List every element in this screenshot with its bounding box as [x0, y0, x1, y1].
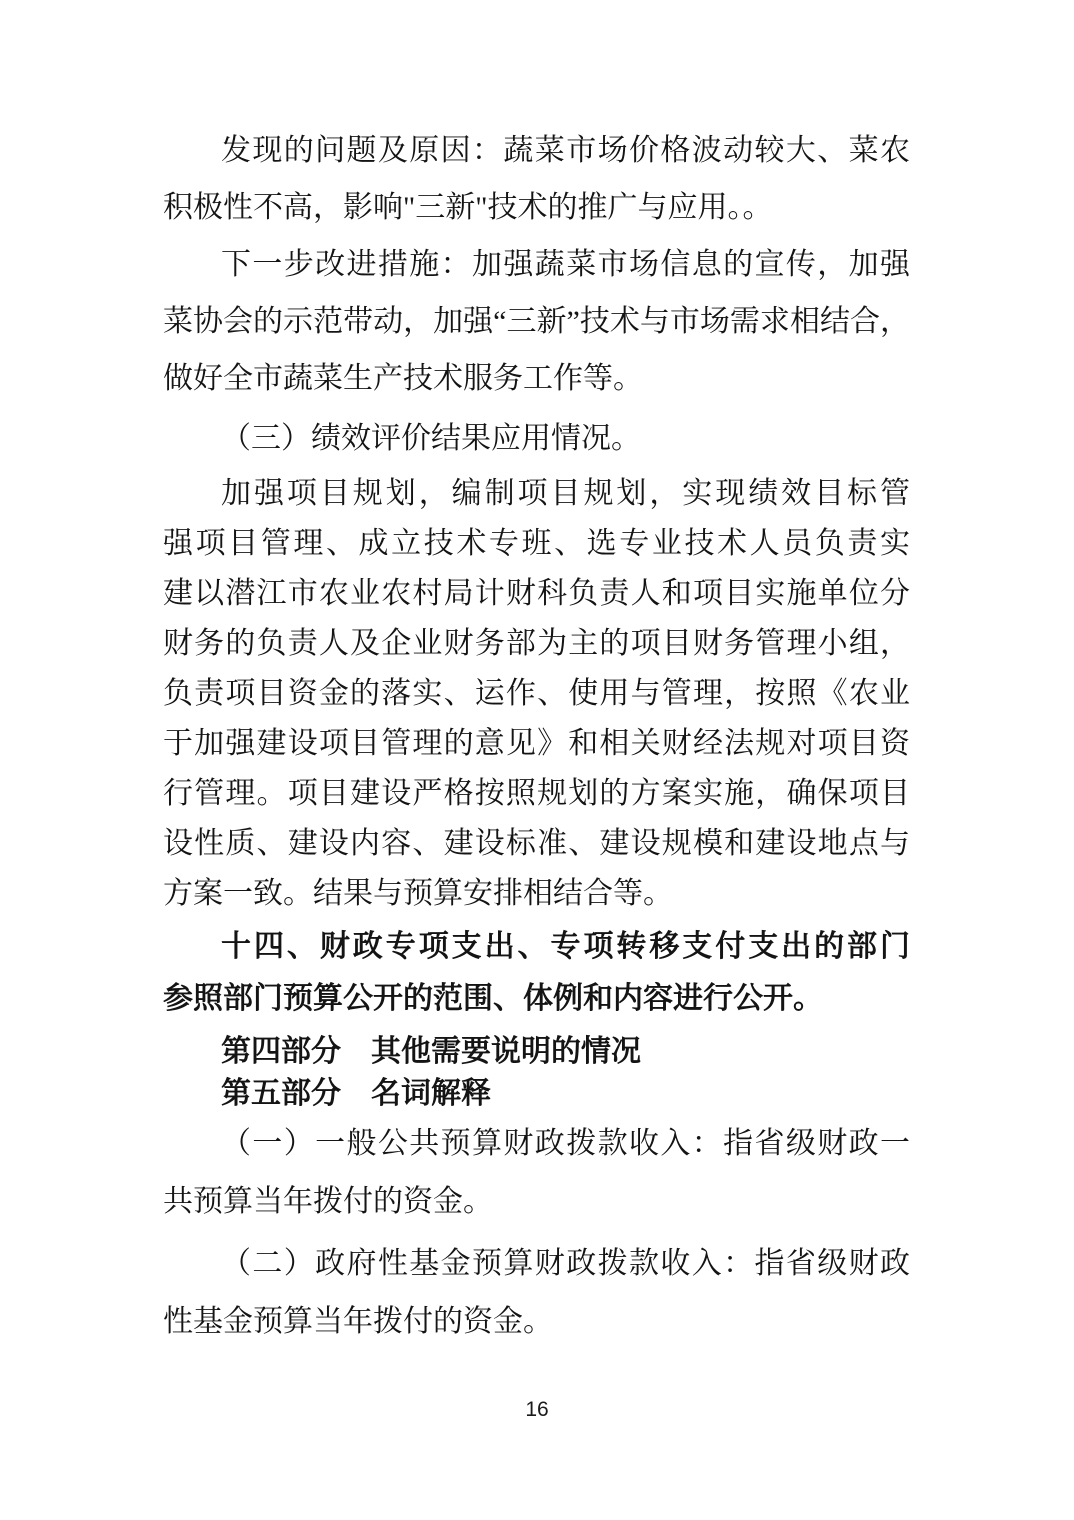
text-line: 财务的负责人及企业财务部为主的项目财务管理小组，主要	[163, 619, 910, 669]
text-line: 强项目管理、成立技术专班、选专业技术人员负责实施，组	[163, 519, 910, 569]
text-line: 设性质、建设内容、建设标准、建设规模和建设地点与规划	[163, 819, 910, 869]
text-line: 菜协会的示范带动，加强“三新”技术与市场需求相结合，	[163, 293, 910, 350]
text-line: 做好全市蔬菜生产技术服务工作等。	[163, 350, 910, 407]
text-line: （二）政府性基金预算财政拨款收入：指省级财政政府	[163, 1235, 910, 1293]
heading-text: 第四部分 其他需要说明的情况	[163, 1031, 910, 1073]
heading-text: 第五部分 名词解释	[163, 1073, 910, 1115]
paragraph-project-management: 加强项目规划，编制项目规划，实现绩效目标管理、加 强项目管理、成立技术专班、选专…	[163, 469, 910, 919]
text-line: （三）绩效评价结果应用情况。	[163, 411, 910, 467]
section-heading-part-four: 第四部分 其他需要说明的情况	[163, 1031, 910, 1073]
text-line: 共预算当年拨付的资金。	[163, 1173, 910, 1231]
text-line: 加强项目规划，编制项目规划，实现绩效目标管理、加	[163, 469, 910, 519]
text-line: 下一步改进措施：加强蔬菜市场信息的宣传，加强市蔬	[163, 236, 910, 293]
text-line: 积极性不高，影响"三新"技术的推广与应用。。	[163, 179, 910, 236]
text-line: 参照部门预算公开的范围、体例和内容进行公开。	[163, 973, 910, 1025]
text-line: （一）一般公共预算财政拨款收入：指省级财政一般公	[163, 1115, 910, 1173]
text-line: 于加强建设项目管理的意见》和相关财经法规对项目资金进	[163, 719, 910, 769]
definition-general-public-budget: （一）一般公共预算财政拨款收入：指省级财政一般公 共预算当年拨付的资金。	[163, 1115, 910, 1231]
subheading-evaluation-results-application: （三）绩效评价结果应用情况。	[163, 411, 910, 467]
text-line: 方案一致。结果与预算安排相结合等。	[163, 869, 910, 919]
text-line: 行管理。项目建设严格按照规划的方案实施，确保项目的建	[163, 769, 910, 819]
section-heading-part-five: 第五部分 名词解释	[163, 1073, 910, 1115]
text-line: 性基金预算当年拨付的资金。	[163, 1293, 910, 1351]
paragraph-improvement-measures: 下一步改进措施：加强蔬菜市场信息的宣传，加强市蔬 菜协会的示范带动，加强“三新”…	[163, 236, 910, 407]
text-line: 负责项目资金的落实、运作、使用与管理，按照《农业部关	[163, 669, 910, 719]
text-line: 十四、财政专项支出、专项转移支付支出的部门（单位）	[163, 921, 910, 973]
definition-government-fund-budget: （二）政府性基金预算财政拨款收入：指省级财政政府 性基金预算当年拨付的资金。	[163, 1235, 910, 1351]
text-line: 发现的问题及原因：蔬菜市场价格波动较大、菜农投入	[163, 122, 910, 179]
page-number: 16	[0, 1398, 1074, 1422]
paragraph-item-14-special-expenditure: 十四、财政专项支出、专项转移支付支出的部门（单位） 参照部门预算公开的范围、体例…	[163, 921, 910, 1025]
document-page: 发现的问题及原因：蔬菜市场价格波动较大、菜农投入 积极性不高，影响"三新"技术的…	[0, 0, 1074, 1520]
text-line: 建以潜江市农业农村局计财科负责人和项目实施单位分管	[163, 569, 910, 619]
paragraph-problems-found: 发现的问题及原因：蔬菜市场价格波动较大、菜农投入 积极性不高，影响"三新"技术的…	[163, 122, 910, 236]
document-body: 发现的问题及原因：蔬菜市场价格波动较大、菜农投入 积极性不高，影响"三新"技术的…	[163, 0, 910, 1351]
